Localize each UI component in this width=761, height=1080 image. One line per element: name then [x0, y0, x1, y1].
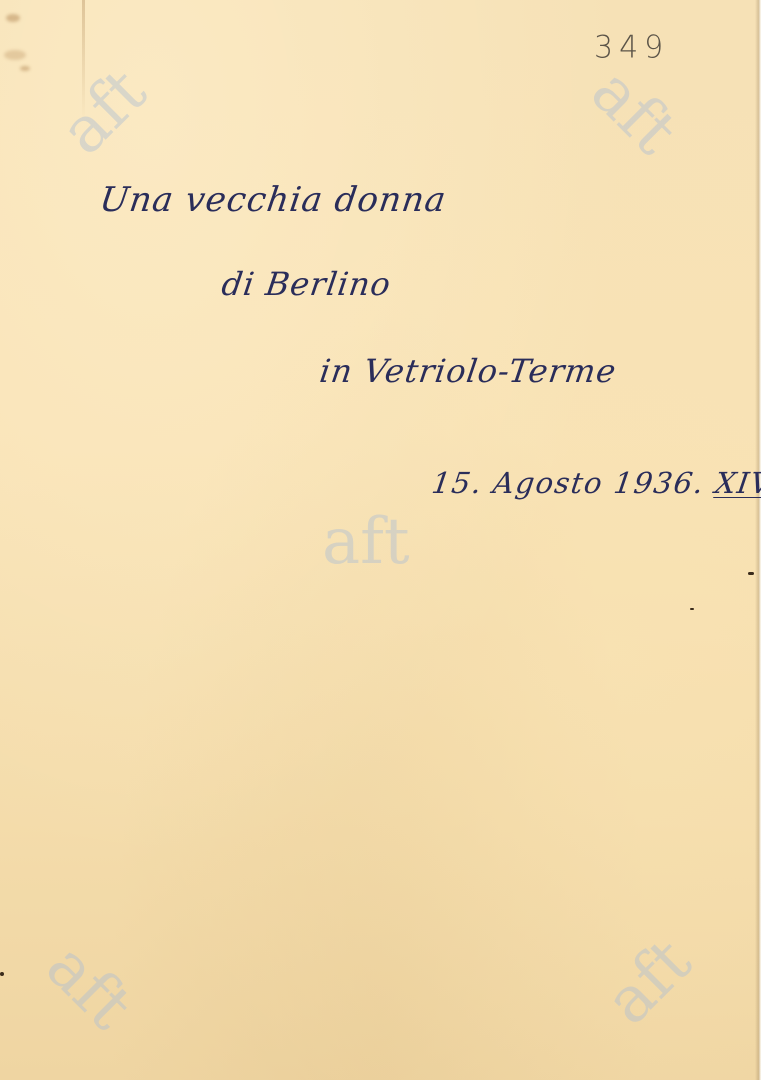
stain-mark [20, 66, 30, 71]
archive-number: 349 [594, 29, 669, 66]
stain-mark [4, 50, 26, 60]
speck-mark [748, 572, 754, 575]
inscription-line-1: Una vecchia donna [97, 180, 449, 220]
stain-mark [6, 14, 20, 22]
card-edge [755, 0, 761, 1080]
inscription-line-3: in Vetriolo-Terme [317, 352, 619, 390]
document-page: aft aft aft aft aft 349 Una vecchia donn… [0, 0, 761, 1080]
watermark: aft [577, 55, 691, 169]
speck-mark [690, 608, 694, 610]
speck-mark [0, 972, 4, 976]
date-text: 15. Agosto 1936. [430, 466, 707, 500]
inscription-line-2: di Berlino [219, 265, 393, 303]
watermark: aft [32, 930, 146, 1044]
watermark: aft [592, 925, 706, 1039]
watermark: aft [322, 505, 410, 579]
inscription-date: 15. Agosto 1936. XIVE.F. [430, 466, 761, 500]
watermark: aft [47, 55, 161, 169]
fascist-era-year: XIV [713, 466, 761, 500]
